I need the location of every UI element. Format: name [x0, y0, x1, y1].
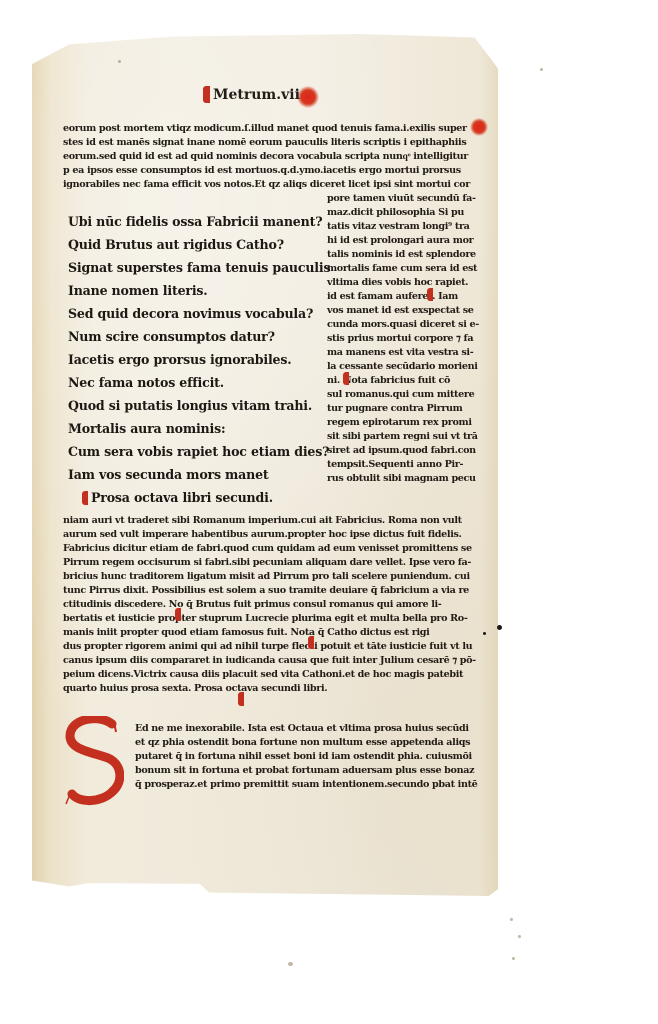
- section-heading: Metrum.vii: [203, 86, 300, 103]
- verse-line: Quid Brutus aut rigidus Catho?: [68, 237, 284, 253]
- gloss-line: p ea ipsos esse consumptos id est mortuo…: [63, 164, 461, 177]
- prosa-line: bonum sit in fortuna et probat fortunam …: [135, 764, 474, 777]
- gloss-line: tur pugnare contra Pirrum: [327, 402, 463, 415]
- gloss-line: Fabricius dicitur etiam de fabri.quod cu…: [63, 542, 472, 555]
- verse-line: Nec fama notos efficit.: [68, 375, 224, 391]
- verse-line: Iacetis ergo prorsus ignorabiles.: [68, 352, 291, 368]
- red-ink-blot: [297, 86, 319, 108]
- gloss-line: tunc Pirrus dixit. Possibilius est solem…: [63, 584, 469, 597]
- gloss-line: regem epirotarum rex promi: [327, 416, 472, 429]
- prosa-heading: Prosa octava libri secundi.: [91, 490, 273, 505]
- foxing-speck: [518, 935, 521, 938]
- gloss-line: vltima dies vobis hoc rapiet.: [327, 276, 468, 289]
- gloss-line: peium dicens.Victrix causa diis placuit …: [63, 668, 463, 681]
- verse-line: Quod si putatis longius vitam trahi.: [68, 398, 312, 414]
- gloss-line: aurum sed vult imperare habentibus aurum…: [63, 528, 462, 541]
- prosa-line: Ed ne me inexorabile. Ista est Octaua et…: [135, 722, 469, 735]
- verse-line: Ubi nūc fidelis ossa Fabricii manent?: [68, 214, 322, 230]
- gloss-line: bertatis et iusticie propter stuprum Luc…: [63, 612, 467, 625]
- foxing-speck: [512, 957, 515, 960]
- gloss-line: bricius hunc traditorem ligatum misit ad…: [63, 570, 470, 583]
- gloss-line: Pirrum regem occisurum si fabri.sibi pec…: [63, 556, 471, 569]
- gloss-line: canus ipsum diis compararet in iudicanda…: [63, 654, 476, 667]
- foxing-speck: [118, 60, 121, 63]
- ink-dot: [483, 632, 486, 635]
- verse-line: Signat superstes fama tenuis pauculis: [68, 260, 330, 276]
- gloss-line: cunda mors.quasi diceret si e-: [327, 318, 479, 331]
- gloss-line: ctitudinis discedere. No q̄ Brutus fuit …: [63, 598, 441, 611]
- foxing-speck: [540, 68, 543, 71]
- rubric-pilcrow-icon: [427, 288, 433, 301]
- gloss-line: id est famam auferet. Iam: [327, 290, 458, 303]
- gloss-line: eorum.sed quid id est ad quid nominis de…: [63, 150, 468, 163]
- decorated-initial-s-icon: [62, 716, 124, 806]
- gloss-line: sul romanus.qui cum mittere: [327, 388, 474, 401]
- prosa-line: q̄ prosperaz.et primo premittit suam int…: [135, 778, 477, 791]
- gloss-line: rus obtulit sibi magnam pecu: [327, 472, 476, 485]
- gloss-line: tempsit.Sequenti anno Pir-: [327, 458, 463, 471]
- gloss-line: ma manens est vita vestra si-: [327, 346, 473, 359]
- gloss-line: quarto huius prosa sexta. Prosa octava s…: [63, 682, 327, 695]
- gloss-line: stis prius mortui corpore ⁊ fa: [327, 332, 473, 345]
- verse-line: Iam vos secunda mors manet: [68, 467, 269, 483]
- rubric-pilcrow-icon: [343, 372, 349, 385]
- verse-line: Inane nomen literis.: [68, 283, 208, 299]
- rubric-pilcrow-icon: [203, 86, 210, 103]
- gloss-line: mortalis fame cum sera id est: [327, 262, 477, 275]
- gloss-line: la cessante secūdario morieni: [327, 360, 478, 373]
- verse-line: Mortalis aura nominis:: [68, 421, 225, 437]
- gloss-line: dus propter rigorem animi qui ad nihil t…: [63, 640, 472, 653]
- gloss-line: sit sibi partem regni sui vt trā: [327, 430, 478, 443]
- rubric-pilcrow-icon: [308, 636, 314, 649]
- heading-text: Metrum.vii: [213, 87, 300, 103]
- gloss-line: eorum post mortem vtiqz modicum.ſ.illud …: [63, 122, 467, 135]
- gloss-line: maz.dicit philosophia Si pu: [327, 206, 464, 219]
- foxing-speck: [510, 918, 513, 921]
- red-ink-blot: [470, 118, 488, 136]
- rubric-pilcrow-icon: [82, 491, 88, 505]
- gloss-line: manis iniit propter quod etiam famosus f…: [63, 626, 429, 639]
- prosa-rubric-line: Prosa octava libri secundi.: [82, 490, 273, 506]
- gloss-line: pore tamen viuūt secundū fa-: [327, 192, 476, 205]
- rubric-pilcrow-icon: [175, 608, 181, 621]
- gloss-line: ignorabiles nec fama efficit vos notos.E…: [63, 178, 470, 191]
- gloss-line: talis nominis id est splendore: [327, 248, 476, 261]
- gloss-line: stes id est manēs signat inane nomē eoru…: [63, 136, 466, 149]
- verse-line: Cum sera vobis rapiet hoc etiam dies?: [68, 444, 329, 460]
- rubric-pilcrow-icon: [238, 692, 244, 706]
- gloss-line: hi id est prolongari aura mor: [327, 234, 473, 247]
- ink-dot: [497, 625, 502, 630]
- gloss-line: niam auri vt traderet sibi Romanum imper…: [63, 514, 462, 527]
- gloss-line: tatis vitaz vestram longi⁹ tra: [327, 220, 470, 233]
- prosa-line: et qz phia ostendit bona fortune non mul…: [135, 736, 470, 749]
- prosa-line: putaret q̄ in fortuna nihil esset boni i…: [135, 750, 472, 763]
- verse-line: Sed quid decora novimus vocabula?: [68, 306, 313, 322]
- gloss-line: vos manet id est exspectat se: [327, 304, 474, 317]
- gloss-line: siret ad ipsum.quod fabri.con: [327, 444, 476, 457]
- foxing-speck: [288, 962, 293, 966]
- verse-line: Num scire consumptos datur?: [68, 329, 275, 345]
